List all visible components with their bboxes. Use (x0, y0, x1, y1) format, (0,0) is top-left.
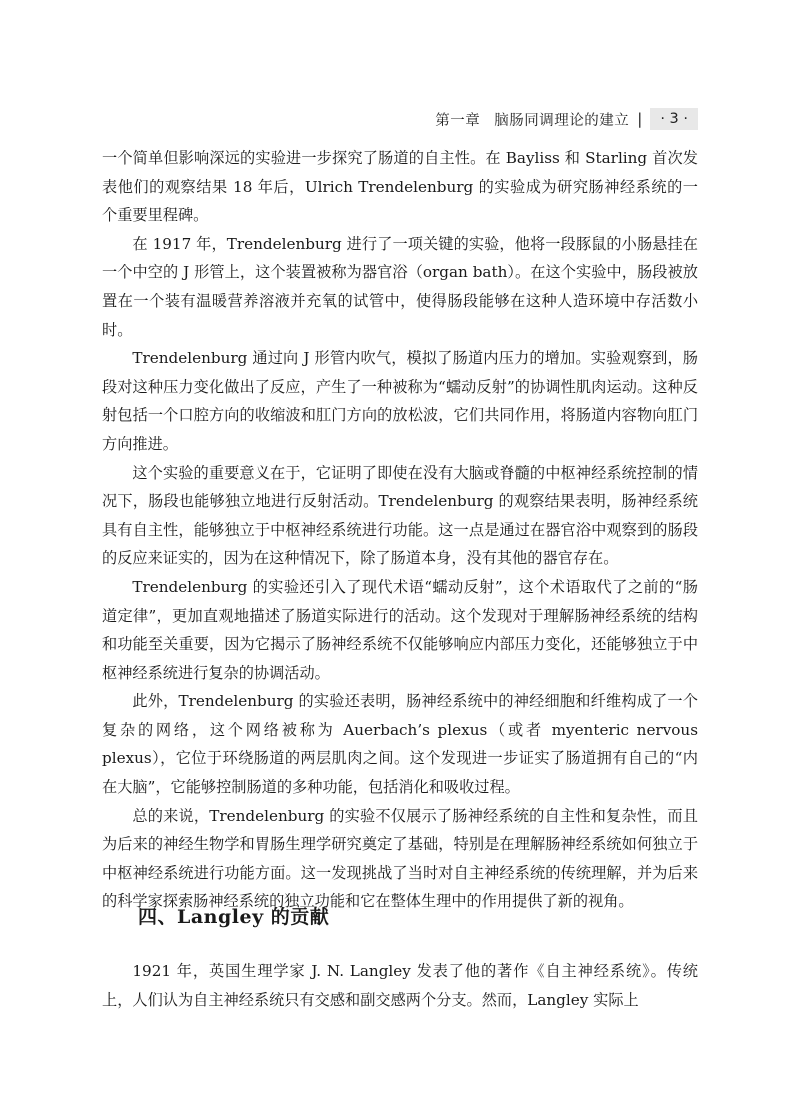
chapter-title: 脑肠同调理论的建立 (494, 109, 629, 130)
paragraph: 总的来说，Trendelenburg 的实验不仅展示了肠神经系统的自主性和复杂性… (102, 802, 698, 916)
section-heading: 四、Langley 的贡献 (138, 902, 329, 929)
running-header: 第一章 脑肠同调理论的建立 | · 3 · (435, 108, 698, 130)
body-text: 一个简单但影响深远的实验进一步探究了肠道的自主性。在 Bayliss 和 Sta… (102, 144, 698, 916)
paragraph: 这个实验的重要意义在于，它证明了即使在没有大脑或脊髓的中枢神经系统控制的情况下，… (102, 459, 698, 573)
paragraph: 一个简单但影响深远的实验进一步探究了肠道的自主性。在 Bayliss 和 Sta… (102, 144, 698, 230)
section-body: 1921 年，英国生理学家 J. N. Langley 发表了他的著作《自主神经… (102, 957, 698, 1014)
paragraph: Trendelenburg 通过向 J 形管内吹气，模拟了肠道内压力的增加。实验… (102, 344, 698, 458)
paragraph: 在 1917 年，Trendelenburg 进行了一项关键的实验，他将一段豚鼠… (102, 230, 698, 344)
paragraph: 此外，Trendelenburg 的实验还表明，肠神经系统中的神经细胞和纤维构成… (102, 687, 698, 801)
paragraph: 1921 年，英国生理学家 J. N. Langley 发表了他的著作《自主神经… (102, 957, 698, 1014)
header-separator: | (637, 110, 642, 128)
paragraph: Trendelenburg 的实验还引入了现代术语“蠕动反射”，这个术语取代了之… (102, 573, 698, 687)
chapter-label: 第一章 (435, 109, 480, 130)
page-number: · 3 · (650, 108, 698, 130)
